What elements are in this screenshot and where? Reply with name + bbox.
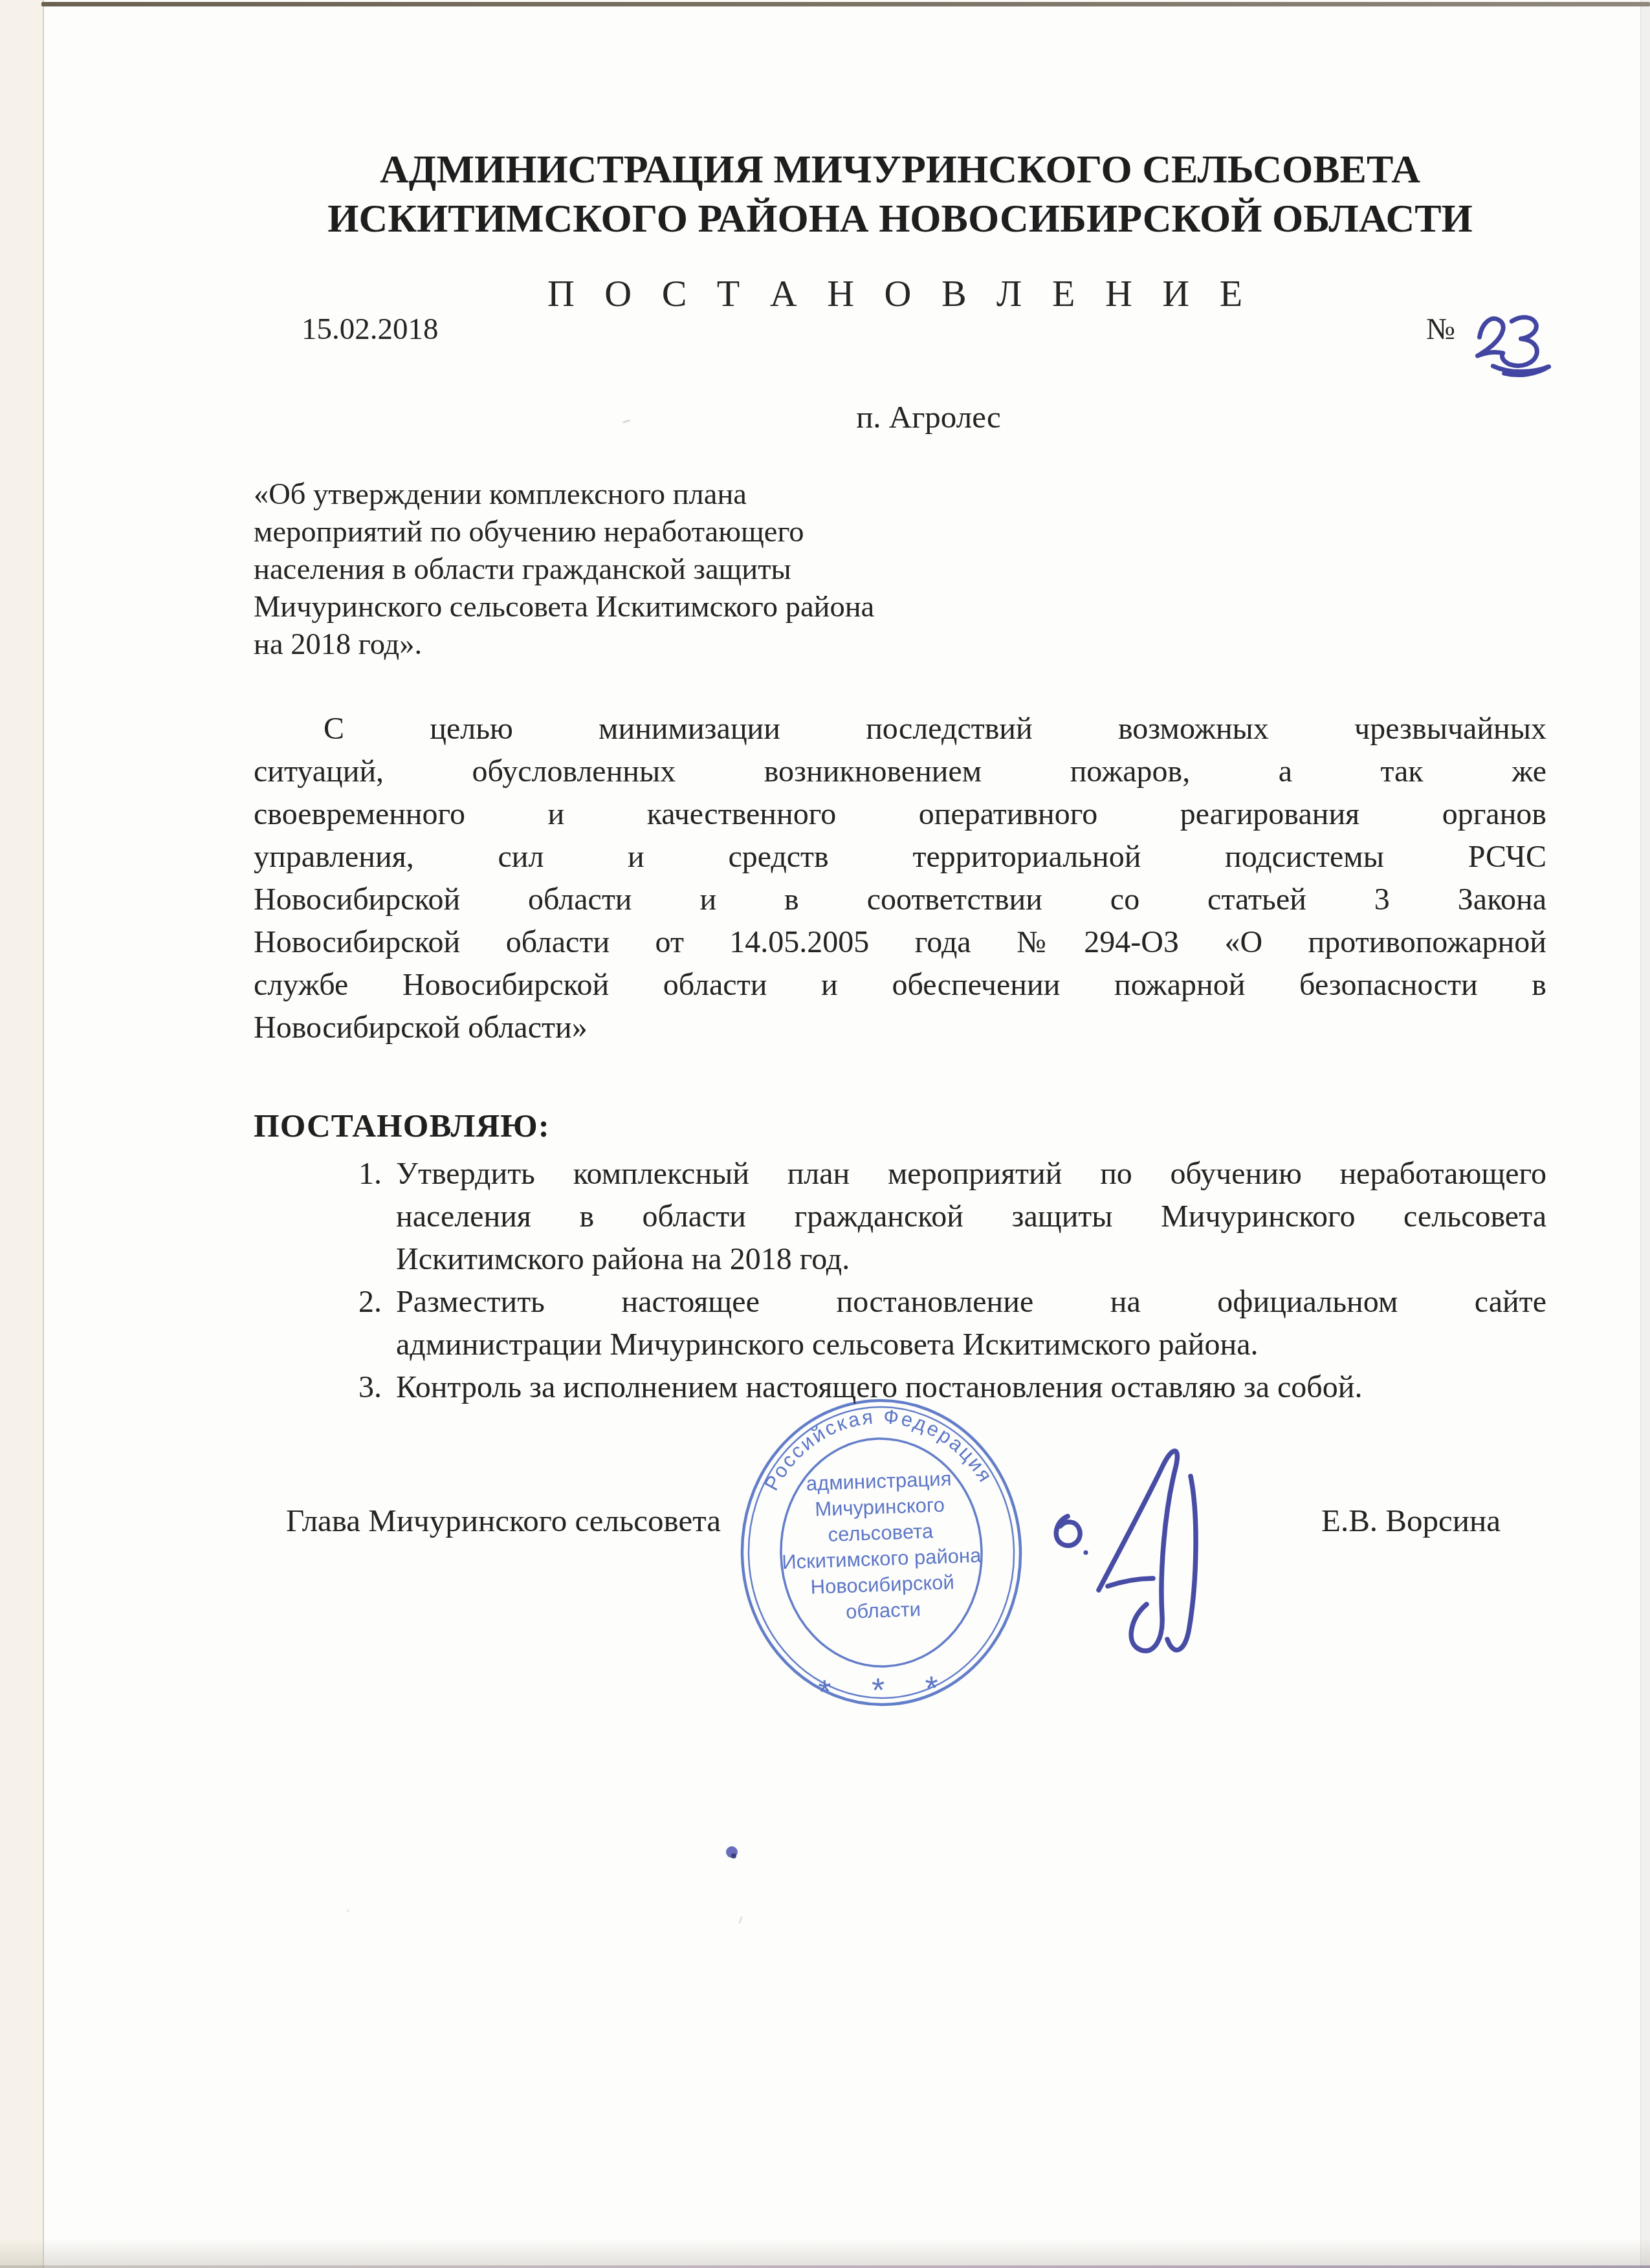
- text-line: Разместить настоящее постановление на оф…: [396, 1281, 1546, 1324]
- signature-name: Е.В. Ворсина: [1321, 1502, 1501, 1539]
- date-number-row: 15.02.2018 №: [254, 312, 1546, 357]
- text-line: Новосибирской области»: [254, 1007, 1546, 1049]
- text-line: ситуаций, обусловленных возникновением п…: [254, 750, 1546, 793]
- scan-bottom-shadow: [0, 2238, 1650, 2268]
- item-number: 1.: [358, 1153, 382, 1195]
- scan-bottom-edge-line: [0, 2265, 1650, 2268]
- text-line: Контроль за исполнением настоящего поста…: [396, 1366, 1546, 1409]
- doc-type-title: П О С Т А Н О В Л Е Н И Е: [254, 272, 1546, 315]
- scanned-document-page: { "document": { "header_line1": "АДМИНИС…: [0, 0, 1650, 2268]
- text-line: службе Новосибирской области и обеспечен…: [254, 964, 1546, 1007]
- ink-dot: [726, 1846, 738, 1859]
- text-line: на 2018 год».: [254, 626, 1030, 664]
- place-text: п. Агролес: [282, 398, 1575, 435]
- scanner-margin-left: [0, 0, 44, 2268]
- header-line-1: АДМИНИСТРАЦИЯ МИЧУРИНСКОГО СЕЛЬСОВЕТА: [254, 145, 1546, 194]
- text-line: управления, сил и средств территориально…: [254, 836, 1546, 878]
- text-line: Искитимского района на 2018 год.: [396, 1238, 1546, 1281]
- text-line: Новосибирской области от 14.05.2005 года…: [254, 921, 1546, 964]
- stamp-arc-text: Российская Федерация: [757, 1401, 998, 1495]
- list-item: 1.Утвердить комплексный план мероприятий…: [254, 1153, 1546, 1281]
- scan-top-edge-line: [41, 2, 1650, 6]
- stamp-stars: * * *: [818, 1669, 955, 1711]
- stamp-center-line: Новосибирской: [810, 1571, 954, 1598]
- paper-speck: [346, 1910, 349, 1912]
- document-header: АДМИНИСТРАЦИЯ МИЧУРИНСКОГО СЕЛЬСОВЕТА ИС…: [254, 145, 1546, 243]
- stamp-center-line: администрация: [806, 1467, 952, 1495]
- item-number: 2.: [358, 1281, 382, 1324]
- text-line: Мичуринского сельсовета Искитимского рай…: [254, 589, 1030, 626]
- resolution-list: 1.Утвердить комплексный план мероприятий…: [254, 1153, 1546, 1409]
- doc-date: 15.02.2018: [302, 312, 439, 347]
- text-line: населения в области гражданской защиты: [254, 551, 1030, 589]
- scanner-margin-right: [1640, 0, 1650, 2268]
- number-label: №: [1426, 312, 1455, 347]
- resolve-heading: ПОСТАНОВЛЯЮ:: [254, 1107, 1546, 1145]
- subject-block: «Об утверждении комплексного планамеропр…: [254, 476, 1030, 664]
- list-item: 3.Контроль за исполнением настоящего пос…: [254, 1366, 1546, 1409]
- signature-title: Глава Мичуринского сельсовета: [286, 1502, 721, 1539]
- official-stamp: Российская Федерация администрация Мичур…: [737, 1396, 1026, 1714]
- item-number: 3.: [358, 1366, 382, 1409]
- text-line: С целью минимизации последствий возможны…: [254, 708, 1546, 750]
- paper-speck: [738, 1916, 743, 1924]
- signature-row: Глава Мичуринского сельсовета Е.В. Ворси…: [254, 1502, 1546, 1554]
- stamp-center-line: области: [846, 1598, 921, 1623]
- list-item: 2.Разместить настоящее постановление на …: [254, 1281, 1546, 1366]
- text-line: мероприятий по обучению неработающего: [254, 514, 1030, 551]
- text-line: «Об утверждении комплексного плана: [254, 476, 1030, 514]
- text-line: своевременного и качественного оперативн…: [254, 793, 1546, 836]
- text-line: Утвердить комплексный план мероприятий п…: [396, 1153, 1546, 1195]
- body-paragraph: С целью минимизации последствий возможны…: [254, 708, 1546, 1049]
- text-line: Новосибирской области и в соответствии с…: [254, 878, 1546, 921]
- text-line: населения в области гражданской защиты М…: [396, 1195, 1546, 1238]
- text-line: администрации Мичуринского сельсовета Ис…: [396, 1324, 1546, 1366]
- header-line-2: ИСКИТИМСКОГО РАЙОНА НОВОСИБИРСКОЙ ОБЛАСТ…: [254, 194, 1546, 243]
